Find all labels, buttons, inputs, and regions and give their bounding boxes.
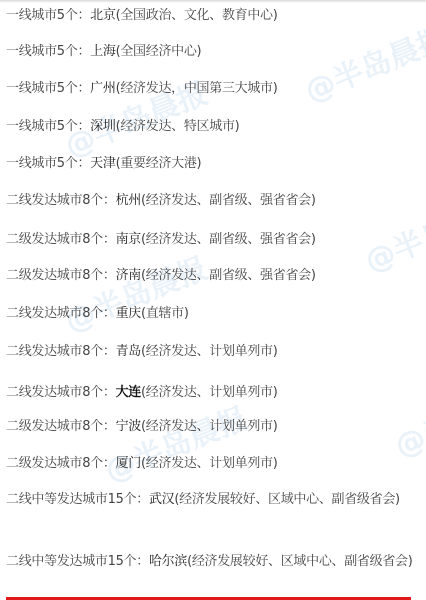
city-line-shanghai: 一线城市5个：上海(全国经济中心) <box>6 40 420 64</box>
category-label: 二线发达城市8个： <box>6 306 116 321</box>
city-description: (全国政治、文化、教育中心) <box>116 8 278 23</box>
city-name: 大连 <box>116 385 141 400</box>
city-description: (经济发达、计划单列市) <box>141 344 278 359</box>
category-label: 一线城市5个： <box>6 156 90 171</box>
city-name: 厦门 <box>116 456 141 471</box>
category-label: 二线发达城市8个： <box>6 193 116 208</box>
city-name: 武汉 <box>149 492 174 507</box>
city-name: 深圳 <box>90 119 115 134</box>
city-line-tianjin: 一线城市5个：天津(重要经济大港) <box>6 152 420 176</box>
city-name: 上海 <box>90 44 115 59</box>
city-description: (经济发达、计划单列市) <box>141 456 278 471</box>
city-name: 宁波 <box>116 419 141 434</box>
city-line-ningbo: 二级发达城市8个：宁波(经济发达、计划单列市) <box>6 415 420 439</box>
city-description: (经济发展较好、区域中心、副省级省会) <box>174 492 399 507</box>
city-line-guangzhou: 一线城市5个：广州(经济发达，中国第三大城市) <box>6 77 420 101</box>
category-label: 二级发达城市8个： <box>6 456 116 471</box>
city-name: 天津 <box>90 156 115 171</box>
category-label: 二线发达城市8个： <box>6 344 116 359</box>
city-description: (经济发达、特区城市) <box>116 119 240 134</box>
city-line-jinan: 二级发达城市8个：济南(经济发达、副省级、强省省会) <box>6 264 420 288</box>
city-line-xiamen: 二级发达城市8个：厦门(经济发达、计划单列市) <box>6 452 420 476</box>
city-line-qingdao: 二线发达城市8个：青岛(经济发达、计划单列市) <box>6 340 420 364</box>
city-description: (经济发达、副省级、强省省会) <box>141 193 316 208</box>
category-label: 二线中等发达城市15个： <box>6 554 149 569</box>
category-label: 一线城市5个： <box>6 119 90 134</box>
category-label: 一线城市5个： <box>6 44 90 59</box>
category-label: 二线中等发达城市15个： <box>6 492 149 507</box>
city-description: (经济发达，中国第三大城市) <box>116 81 278 96</box>
city-line-beijing: 一线城市5个：北京(全国政治、文化、教育中心) <box>6 4 420 28</box>
city-description: (重要经济大港) <box>116 156 202 171</box>
category-label: 一线城市5个： <box>6 81 90 96</box>
category-label: 二级发达城市8个： <box>6 419 116 434</box>
city-description: (全国经济中心) <box>116 44 202 59</box>
category-label: 一线城市5个： <box>6 8 90 23</box>
category-label: 二级发达城市8个： <box>6 268 116 283</box>
city-description: (直辖市) <box>141 306 189 321</box>
city-line-chongqing: 二线发达城市8个：重庆(直辖市) <box>6 302 420 326</box>
category-label: 二线发达城市8个： <box>6 385 116 400</box>
top-shadow <box>0 0 426 3</box>
city-name: 青岛 <box>116 344 141 359</box>
category-label: 二级发达城市8个： <box>6 232 116 247</box>
city-name: 北京 <box>90 8 115 23</box>
city-line-dalian: 二线发达城市8个：大连(经济发达、计划单列市) <box>6 381 420 405</box>
city-line-harbin: 二线中等发达城市15个：哈尔滨(经济发展较好、区域中心、副省级省会) <box>6 550 420 574</box>
city-name: 杭州 <box>116 193 141 208</box>
city-name: 重庆 <box>116 306 141 321</box>
city-name: 南京 <box>116 232 141 247</box>
city-name: 哈尔滨 <box>149 554 187 569</box>
city-description: (经济发达、副省级、强省省会) <box>141 268 316 283</box>
city-description: (经济发展较好、区域中心、副省级省会) <box>187 554 412 569</box>
city-name: 济南 <box>116 268 141 283</box>
city-name: 广州 <box>90 81 115 96</box>
city-description: (经济发达、副省级、强省省会) <box>141 232 316 247</box>
city-description: (经济发达、计划单列市) <box>141 419 278 434</box>
city-line-wuhan: 二线中等发达城市15个：武汉(经济发展较好、区域中心、副省级省会) <box>6 488 420 512</box>
city-line-shenzhen: 一线城市5个：深圳(经济发达、特区城市) <box>6 115 420 139</box>
city-line-nanjing: 二级发达城市8个：南京(经济发达、副省级、强省省会) <box>6 228 420 252</box>
city-line-hangzhou: 二线发达城市8个：杭州(经济发达、副省级、强省省会) <box>6 189 420 213</box>
city-description: (经济发达、计划单列市) <box>141 385 278 400</box>
